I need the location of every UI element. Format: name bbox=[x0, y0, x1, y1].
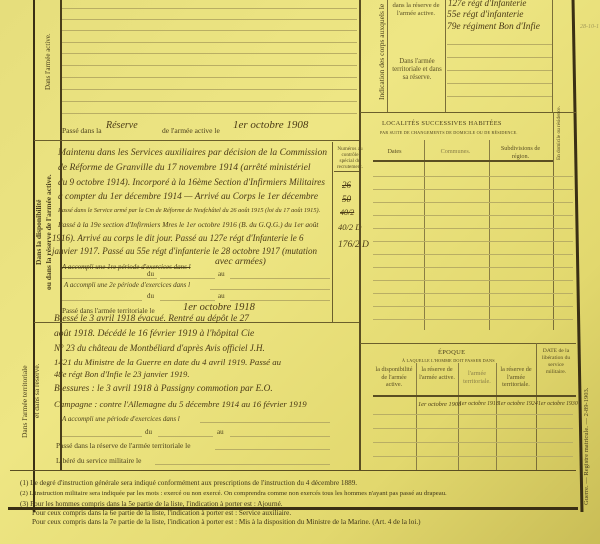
availability-line-1: Maintenu dans les Services auxiliaires p… bbox=[58, 147, 327, 158]
territorial-period-du: du bbox=[145, 428, 152, 436]
territorial-line-3: N° 23 du château de Montbéliard d'après … bbox=[54, 343, 265, 353]
territorial-line-1: Blessé le 3 avril 1918 évacué. Rentré au… bbox=[54, 314, 249, 324]
footnote-top-rule bbox=[10, 470, 576, 471]
territorial-reserve-corps-label: Dans l'armée territoriale et dans sa rés… bbox=[392, 58, 442, 82]
territorial-side-label-2: et dans sa réserve. bbox=[32, 363, 41, 418]
control-number-4: 40/2 D bbox=[338, 222, 361, 232]
corps-right-rule bbox=[552, 0, 553, 112]
first-period-au: au bbox=[218, 270, 225, 278]
availability-line-7: 1916). Arrivé au corps le dit jour. Pass… bbox=[52, 233, 303, 243]
active-corps-entry-3: 79e régiment Bon d'Infie bbox=[447, 22, 540, 32]
localities-col-subdivisions: Subdivisions de région. bbox=[493, 145, 548, 160]
localities-col-communes: Communes. bbox=[428, 148, 483, 156]
struck-first-period: A accompli une 1re période d'exercices d… bbox=[62, 263, 191, 271]
second-period-au: au bbox=[218, 292, 225, 300]
availability-side-label-1: Dans la disponibilité bbox=[34, 200, 43, 265]
availability-line-5: Passé dans le Service armé par la Cm de … bbox=[58, 207, 320, 214]
passed-territorial-date: 1er octobre 1918 bbox=[183, 302, 255, 313]
corps-indication-label: Indication des corps auxquels le bbox=[377, 4, 386, 100]
first-period-du: du bbox=[147, 270, 154, 278]
passed-reserve-value: Réserve bbox=[106, 120, 138, 131]
right-border-rule bbox=[572, 0, 583, 512]
liberated-label: Libéré du service militaire le bbox=[56, 456, 141, 465]
control-number-3: 40/2 bbox=[340, 208, 354, 217]
control-number-divider bbox=[332, 142, 333, 322]
epoch-date-column: DATE de la libération du service militai… bbox=[538, 348, 574, 376]
passed-reserve-date: 1er octobre 1908 bbox=[233, 119, 308, 131]
availability-line-3: du 9 octobre 1914). Incorporé à la 16ème… bbox=[58, 177, 325, 187]
right-panel-left-rule bbox=[359, 0, 361, 470]
availability-line-6: Passé à la 19e section d'Infirmiers Mres… bbox=[58, 220, 319, 229]
footnote-1: (1) Le degré d'instruction générale sera… bbox=[20, 478, 447, 489]
epoch-value-territorial-reserve: 1er octobre 1924 bbox=[498, 401, 538, 407]
second-period-label: A accompli une 2e période d'exercices da… bbox=[64, 281, 190, 289]
control-number-1: 26 bbox=[342, 180, 351, 190]
territorial-side-label-1: Dans l'armée territoriale bbox=[20, 365, 29, 438]
second-period-du: du bbox=[147, 292, 154, 300]
localities-title: LOCALITÉS SUCCESSIVES HABITÉES bbox=[382, 120, 502, 127]
corps-label-rule bbox=[387, 0, 388, 112]
active-army-side-label: Dans l'armée active. bbox=[44, 33, 52, 90]
wounds-label: Blessures : bbox=[54, 384, 95, 394]
availability-line-2: de Réforme de Granville du 17 novembre 1… bbox=[58, 162, 311, 173]
control-header-rule bbox=[334, 171, 360, 172]
epoch-value-territorial: 1er octobre 1918 bbox=[459, 401, 499, 407]
territorial-line-2: août 1918. Décédé le 16 février 1919 à l… bbox=[54, 328, 254, 339]
passed-reserve-label: Passé dans la bbox=[62, 126, 102, 135]
control-number-5: 176/2 D bbox=[338, 240, 369, 250]
availability-line-4: à compter du 1er décembre 1914 — Arrivé … bbox=[58, 192, 318, 202]
passed-reserve-mid-label: de l'armée active le bbox=[162, 126, 220, 135]
epoch-value-active-reserve: 1er octobre 1908 bbox=[418, 401, 461, 408]
footnotes: (1) Le degré d'instruction générale sera… bbox=[20, 478, 447, 528]
register-page: Dans l'armée active. Passé dans la Réser… bbox=[0, 0, 600, 544]
active-corps-entry-2: 55e régt d'infanterie bbox=[447, 10, 523, 20]
active-corps-entry-1: 127e régt d'Infanterie bbox=[448, 0, 526, 8]
territorial-period-au: au bbox=[217, 428, 224, 436]
footnote-2: (2) L'instruction militaire sera indiqué… bbox=[20, 489, 447, 500]
epoch-title: ÉPOQUE bbox=[438, 349, 465, 356]
epoch-top-rule bbox=[360, 343, 576, 344]
epoch-col-availability: la disponibilité de l'armée active. bbox=[374, 366, 414, 389]
localities-col-rule-1 bbox=[424, 140, 425, 330]
epoch-col-territorial: l'armée territoriale. bbox=[459, 370, 495, 385]
localities-subtitle: PAR SUITE DE CHANGEMENTS DE DOMICILE OU … bbox=[380, 130, 518, 135]
wounds-value: le 3 avril 1918 à Passigny commotion par… bbox=[97, 384, 273, 394]
section-divider-1 bbox=[34, 140, 359, 141]
localities-col-rule-2 bbox=[489, 140, 490, 330]
footnote-5: Pour ceux compris dans la 7e partie de l… bbox=[20, 517, 447, 528]
territorial-reserve-label: Passé dans la réserve de l'armée territo… bbox=[56, 441, 191, 450]
territorial-period-label: A accompli une période d'exercices dans … bbox=[62, 415, 180, 423]
active-reserve-label: dans la réserve de l'armée active. bbox=[390, 2, 442, 17]
epoch-col-territorial-reserve: la réserve de l'armée territoriale. bbox=[497, 366, 535, 389]
localities-col-dates: Dates bbox=[372, 148, 417, 156]
localities-col-domicile: En domicile ou résidence. bbox=[556, 106, 562, 160]
localities-domicile-rule bbox=[553, 112, 554, 330]
corps-entry-rule bbox=[445, 0, 446, 112]
register-print-reference: Guerre. — Registre matricule. — 2-89-190… bbox=[583, 388, 590, 505]
wounds-line: Blessures : le 3 avril 1918 à Passigny c… bbox=[54, 384, 273, 394]
territorial-line-5: 48e régt Bon d'Infie le 23 janvier 1919. bbox=[54, 369, 190, 379]
availability-line-8: janvier 1917. Passé au 55e régt d'infant… bbox=[52, 246, 317, 256]
campaigns-line: Campagne : contre l'Allemagne du 5 décem… bbox=[54, 399, 307, 409]
campaigns-label: Campagne : bbox=[54, 399, 97, 409]
epoch-value-liberation: 1er octobre 1930 bbox=[538, 401, 578, 407]
passed-reserve-prefix: Passé dans la bbox=[62, 126, 102, 135]
epoch-col-active-reserve: la réserve de l'armée active. bbox=[417, 366, 457, 381]
control-number-2: 50 bbox=[342, 194, 351, 204]
epoch-header-rule bbox=[373, 395, 576, 397]
territorial-line-4: 1421 du Ministre de la Guerre en date du… bbox=[54, 357, 281, 367]
availability-line-9: avec armées) bbox=[215, 256, 266, 267]
margin-note: 28-10-1 bbox=[580, 24, 599, 30]
campaigns-value: contre l'Allemagne du 5 décembre 1914 au… bbox=[99, 399, 306, 409]
localities-top-rule bbox=[360, 112, 576, 113]
